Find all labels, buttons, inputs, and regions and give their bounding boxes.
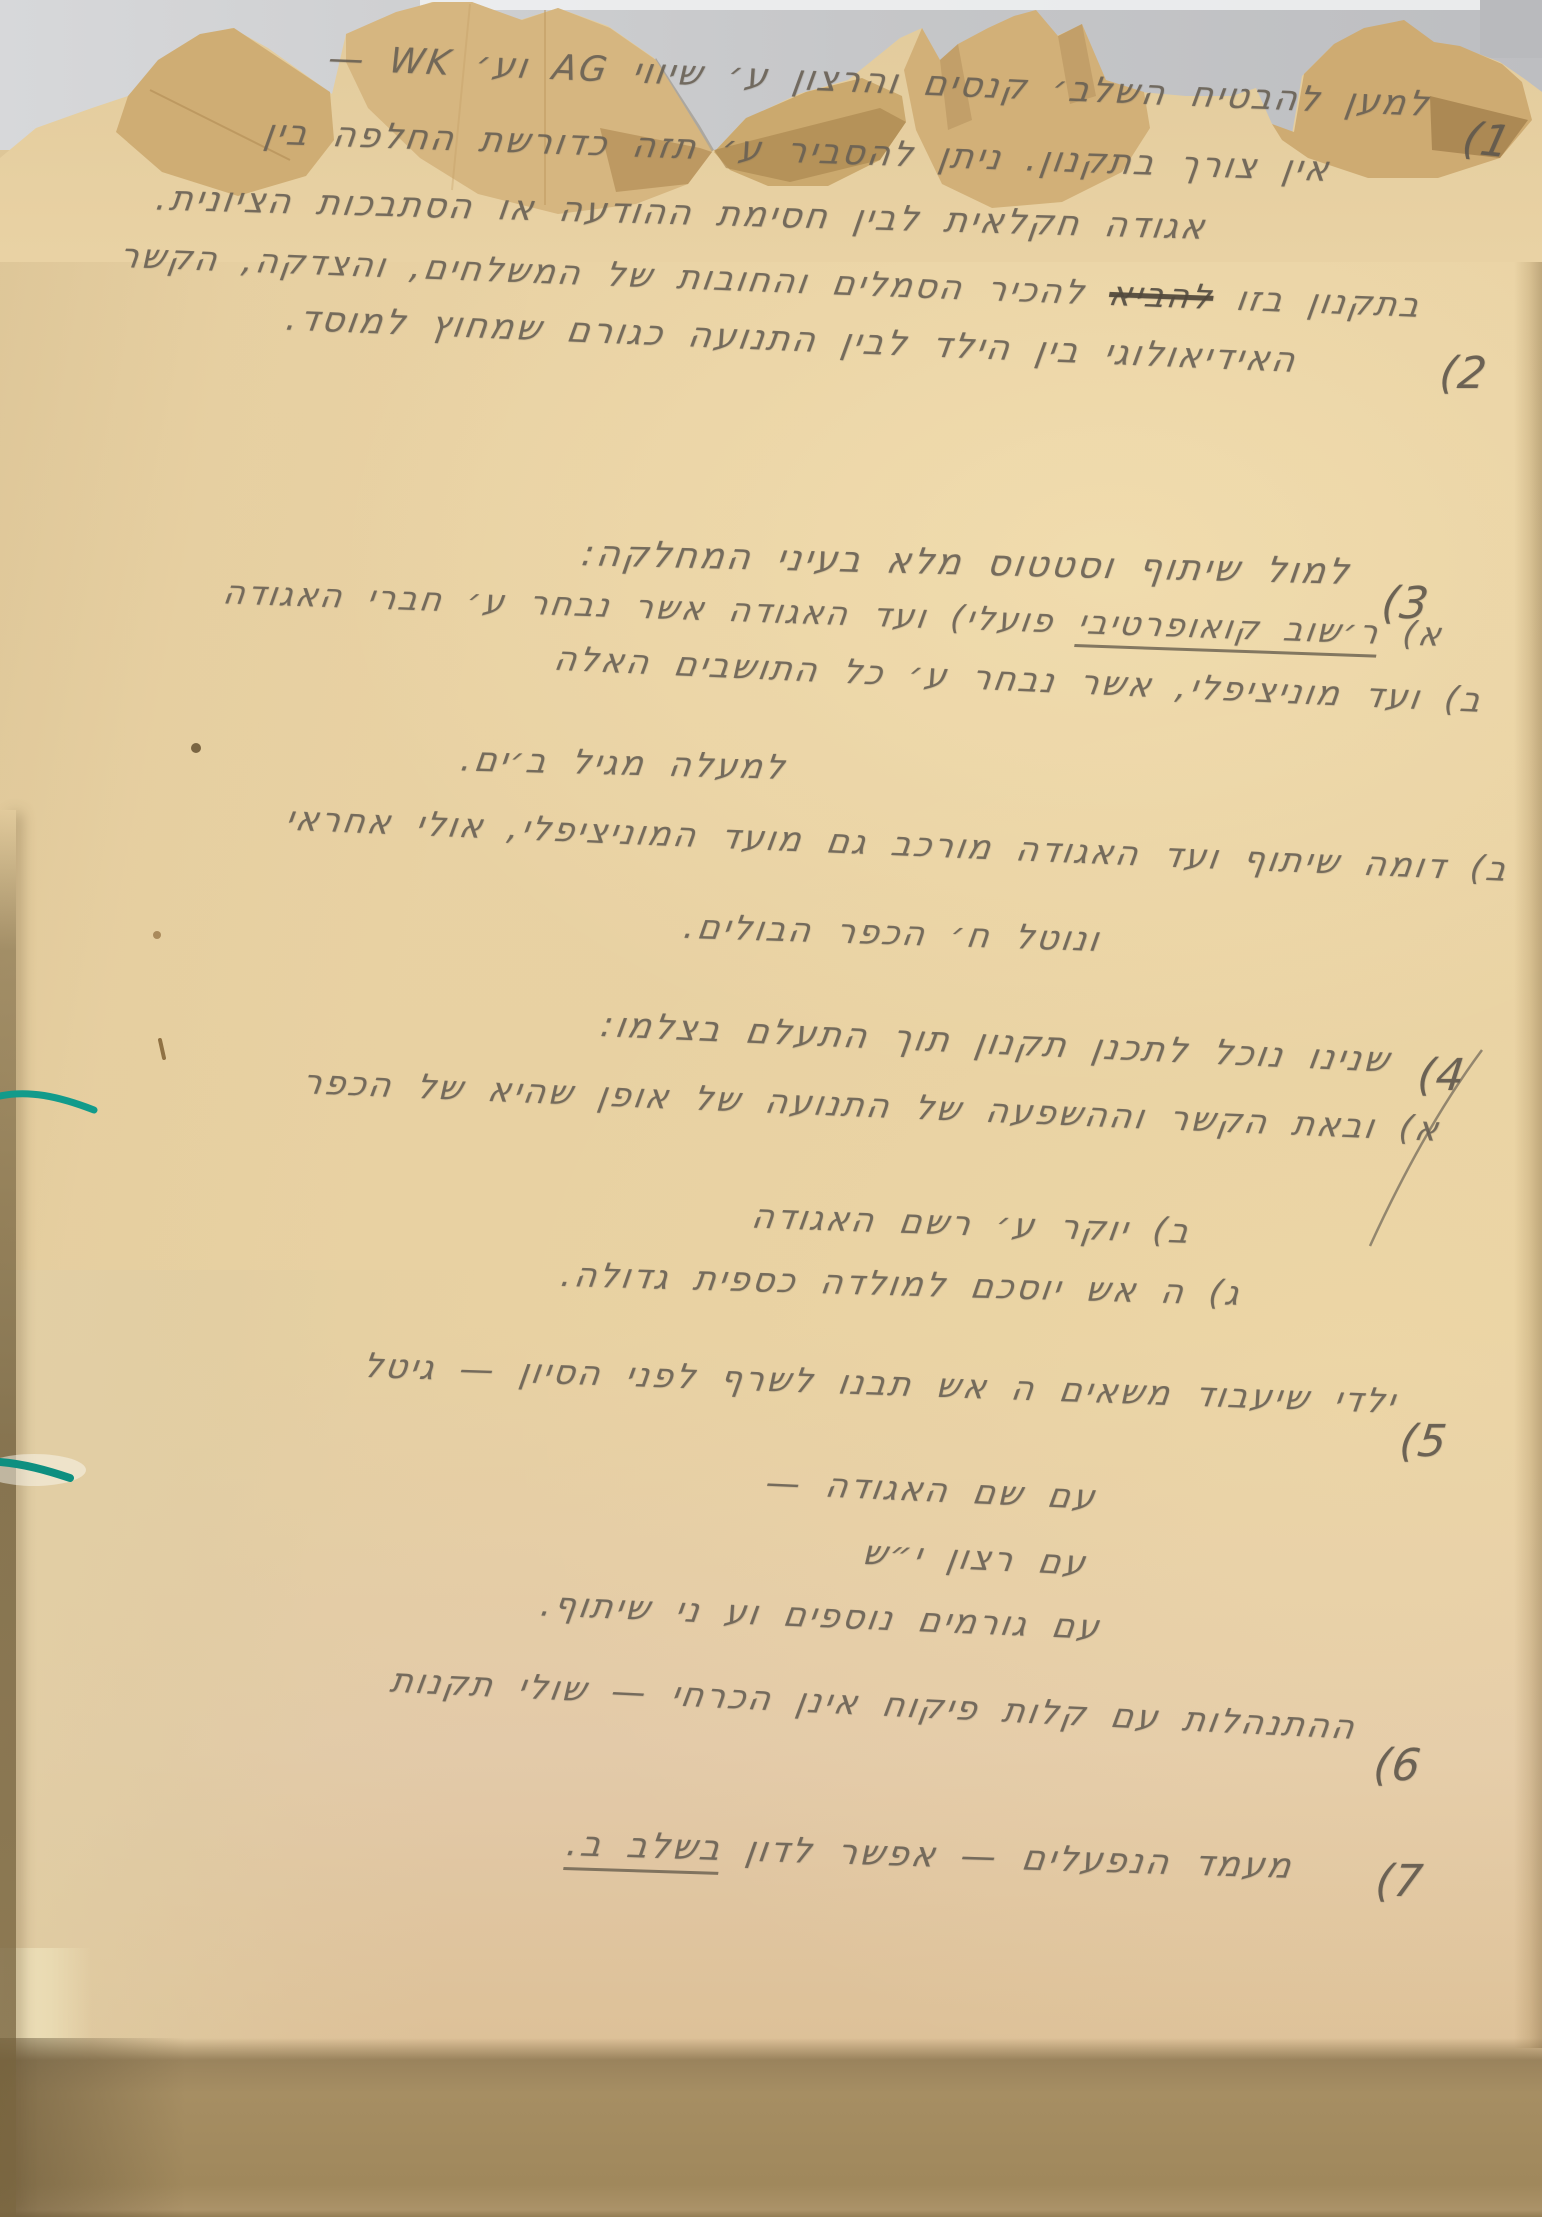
item-letter: א) [1377, 613, 1446, 654]
struck-word: להביא [1106, 274, 1216, 318]
scanned-page: (1 למען להבטיח השלב׳ קנסים והרצון ע׳ שיו… [0, 0, 1542, 2217]
page-edge-shadow-right [1514, 88, 1542, 2048]
section-number-5: (5 [1396, 1416, 1450, 1469]
section-number-2: (2 [1436, 348, 1490, 401]
handwritten-line: למעלה מגיל ב׳ים. [458, 739, 790, 788]
page-edge-shadow-left [0, 810, 16, 2217]
scanner-bed [0, 2038, 1542, 2217]
paper-surface [0, 96, 1542, 2217]
section-number-7: (7 [1372, 1856, 1426, 1909]
line-text: בתקנון בזו [1210, 278, 1424, 326]
section-number-6: (6 [1370, 1740, 1424, 1793]
underlined-phrase: בשלב ב. [563, 1824, 725, 1875]
section-number-4: (4 [1414, 1050, 1468, 1103]
